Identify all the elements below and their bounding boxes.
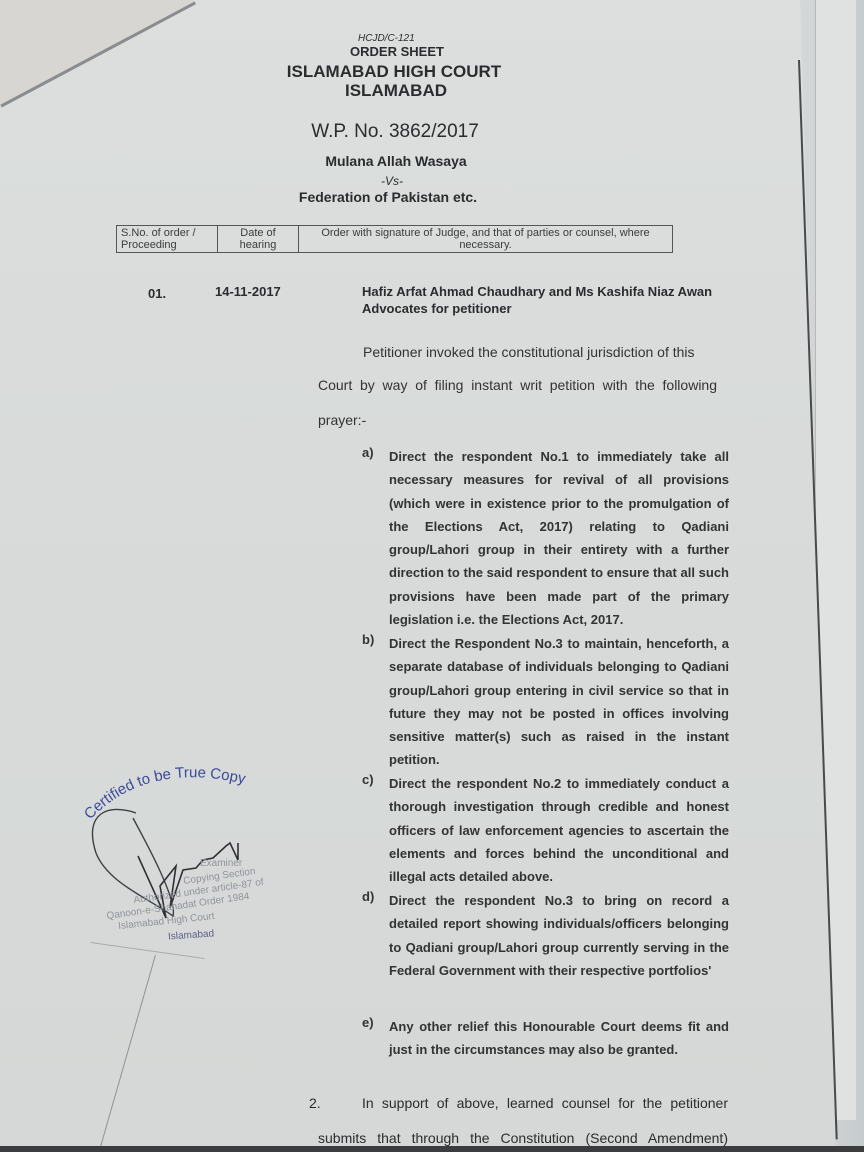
order-table-header: S.No. of order / Proceeding Date of hear… xyxy=(116,225,673,253)
entry-counsel: Hafiz Arfat Ahmad Chaudhary and Ms Kashi… xyxy=(362,283,732,317)
column-header-sno: S.No. of order / Proceeding xyxy=(117,226,218,253)
column-header-date: Date of hearing xyxy=(218,226,299,253)
certified-copy-stamp: Certified to be True Copy Examiner Copyi… xyxy=(78,758,308,948)
prayer-text: Direct the Respondent No.3 to maintain, … xyxy=(389,632,729,772)
stamp-line: Examiner xyxy=(200,858,242,869)
paragraph-2-line-2: submits that through the Constitution (S… xyxy=(318,1130,728,1146)
entry-serial-number: 01. xyxy=(148,286,166,301)
prayer-text: Direct the respondent No.1 to immediatel… xyxy=(389,445,729,631)
paragraph-2-number: 2. xyxy=(309,1095,321,1111)
paragraph-1-line-3: prayer:- xyxy=(318,412,366,428)
paragraph-1-line-2: Court by way of filing instant writ peti… xyxy=(318,377,717,393)
prayer-text: Direct the respondent No.2 to immediatel… xyxy=(389,772,729,888)
prayer-label: d) xyxy=(362,889,374,904)
column-header-order: Order with signature of Judge, and that … xyxy=(299,226,673,253)
prayer-label: e) xyxy=(362,1015,374,1030)
bottom-shadow xyxy=(0,1146,864,1152)
entry-hearing-date: 14-11-2017 xyxy=(215,284,281,299)
paragraph-2-line-1: In support of above, learned counsel for… xyxy=(362,1095,728,1111)
paragraph-1-line-1: Petitioner invoked the constitutional ju… xyxy=(363,344,695,360)
prayer-label: c) xyxy=(362,772,374,787)
prayer-label: b) xyxy=(362,632,374,647)
prayer-text: Any other relief this Honourable Court d… xyxy=(389,1015,729,1062)
prayer-label: a) xyxy=(362,445,374,460)
prayer-text: Direct the respondent No.3 to bring on r… xyxy=(389,889,729,982)
